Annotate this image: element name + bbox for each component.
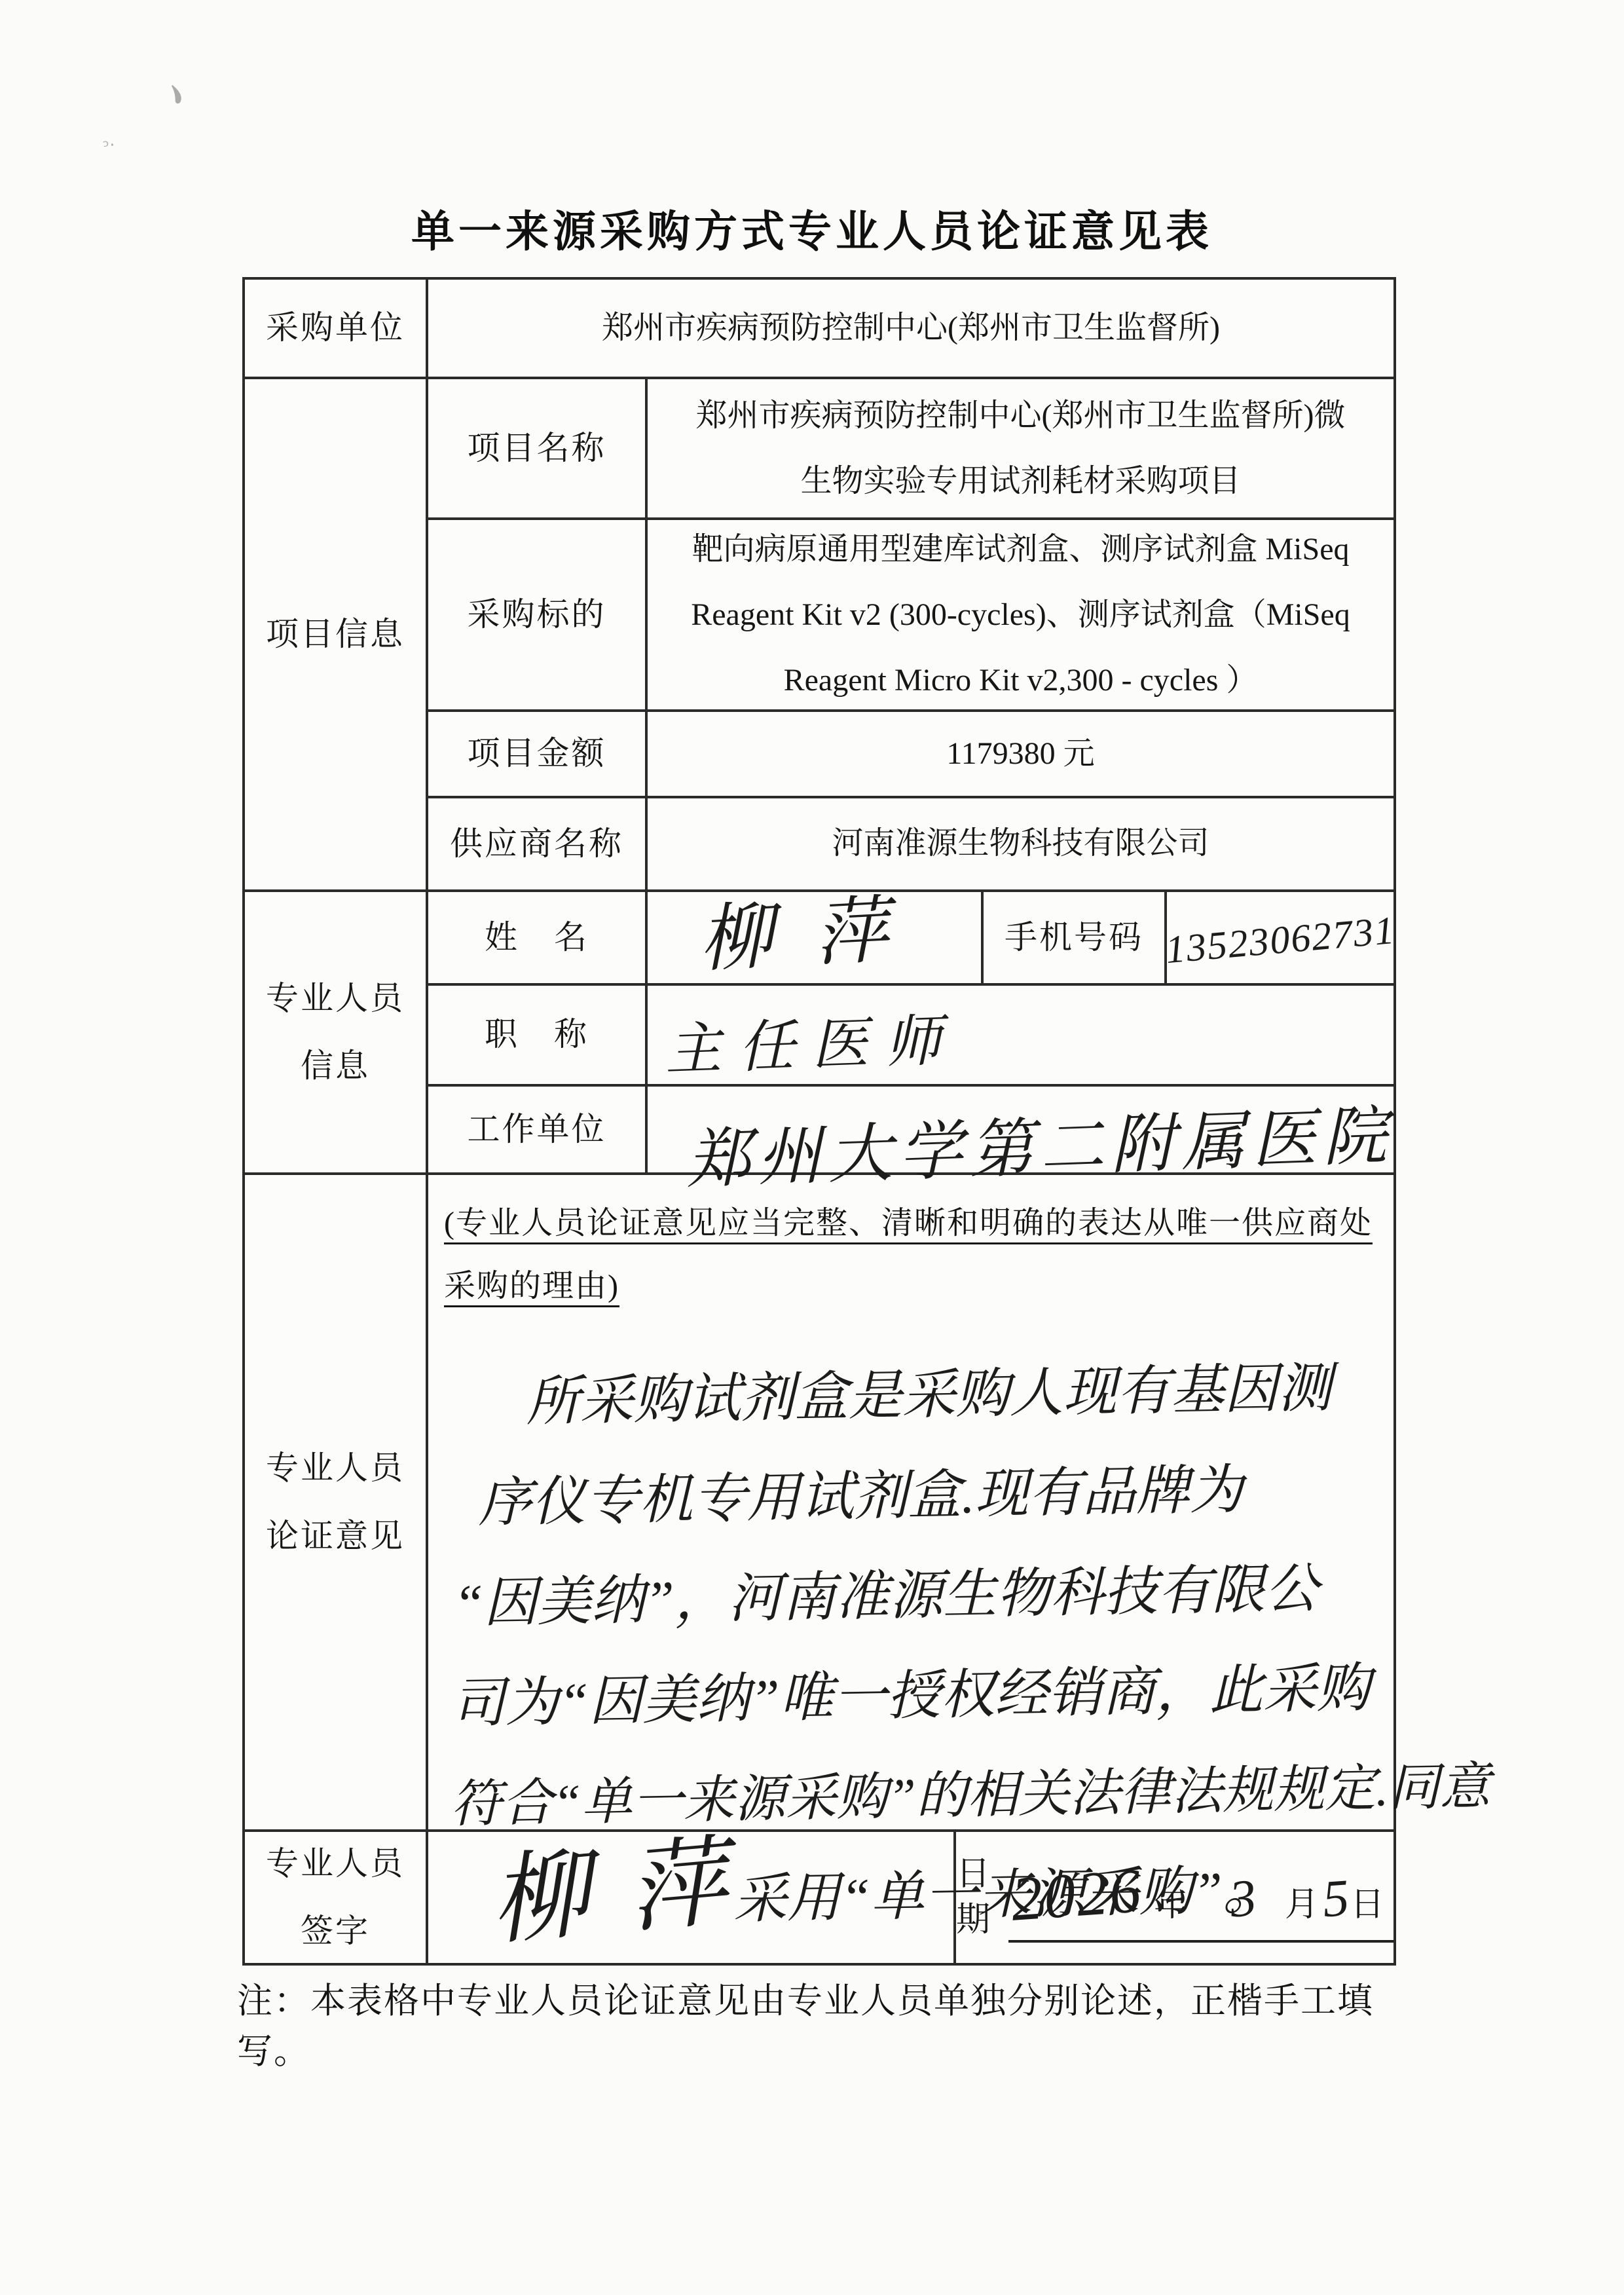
supplier-label: 供应商名称: [428, 798, 648, 892]
name-label: 姓 名: [428, 892, 648, 986]
opinion-label-line: 专业人员: [266, 1446, 405, 1491]
page-title: 单一来源采购方式专业人员论证意见表: [0, 196, 1624, 259]
name-handwritten-value: 柳萍: [648, 892, 984, 986]
opinion-handwriting-line: “因美纳”，河南准源生物科技有限公: [452, 1537, 1377, 1654]
personnel-info-label: 专业人员 信息: [245, 892, 428, 1175]
purchase-target-line: Reagent Micro Kit v2,300 - cycles ）: [784, 648, 1258, 713]
purchaser-label: 采购单位: [245, 280, 428, 379]
scanned-form-page: ﹅ ᵓ· 单一来源采购方式专业人员论证意见表 采购单位 郑州市疾病预防控制中心(…: [0, 0, 1624, 2295]
opinion-instruction-line: 采购的理由): [437, 1255, 1378, 1318]
purchase-target-line: Reagent Kit v2 (300-cycles)、测序试剂盒（MiSeq: [691, 582, 1350, 648]
opinion-handwriting-line: 序仪专机专用试剂盒.现有品牌为: [477, 1438, 1376, 1554]
project-name-line: 郑州市疾病预防控制中心(郑州市卫生监督所)微: [696, 383, 1346, 449]
scan-artifact: ᵓ·: [101, 135, 117, 157]
job-title-handwritten-value: 主任医师: [648, 986, 1396, 1087]
opinion-handwriting-line: 所采购试剂盒是采购人现有基因测: [525, 1337, 1374, 1453]
opinion-content: (专业人员论证意见应当完整、清晰和明确的表达从唯一供应商处 采购的理由) 所采购…: [428, 1175, 1396, 1832]
phone-handwriting: 13523062731: [1163, 904, 1397, 977]
personnel-info-label-line: 信息: [301, 1044, 370, 1089]
signature-handwriting: 柳萍: [485, 1813, 771, 1969]
signature-label-line: 签字: [301, 1909, 370, 1954]
opinion-instruction-line: (专业人员论证意见应当完整、清晰和明确的表达从唯一供应商处: [437, 1192, 1378, 1255]
job-title-label: 职 称: [428, 986, 648, 1087]
project-name-value: 郑州市疾病预防控制中心(郑州市卫生监督所)微 生物实验专用试剂耗材采购项目: [648, 379, 1396, 520]
signature-label: 专业人员 签字: [245, 1832, 428, 1966]
purchase-target-label: 采购标的: [428, 520, 648, 712]
purchaser-value: 郑州市疾病预防控制中心(郑州市卫生监督所): [428, 280, 1396, 379]
scan-artifact: ﹅: [160, 74, 193, 113]
signature-label-line: 专业人员: [266, 1842, 405, 1886]
personnel-info-label-line: 专业人员: [266, 977, 405, 1021]
phone-handwritten-value: 13523062731: [1167, 892, 1396, 986]
opinion-label-line: 论证意见: [266, 1514, 405, 1559]
supplier-value: 河南准源生物科技有限公司: [648, 798, 1396, 892]
opinion-handwriting-line: 司为“因美纳”唯一授权经销商，此采购: [451, 1637, 1379, 1754]
purchase-target-value: 靶向病原通用型建库试剂盒、测序试剂盒 MiSeq Reagent Kit v2 …: [648, 520, 1396, 712]
workplace-label: 工作单位: [428, 1087, 648, 1175]
date-year-handwriting: 2026: [1008, 1848, 1145, 1941]
phone-label: 手机号码: [984, 892, 1167, 986]
opinion-form-table: 采购单位 郑州市疾病预防控制中心(郑州市卫生监督所) 项目信息 项目名称 郑州市…: [242, 277, 1396, 1966]
job-title-handwriting: 主任医师: [664, 1002, 960, 1089]
project-name-line: 生物实验专用试剂耗材采购项目: [800, 449, 1240, 514]
project-name-label: 项目名称: [428, 379, 648, 520]
purchase-target-line: 靶向病原通用型建库试剂盒、测序试剂盒 MiSeq: [692, 517, 1349, 582]
name-handwriting: 柳萍: [697, 880, 932, 990]
date-day-handwriting: 5: [1320, 1863, 1351, 1935]
project-info-label: 项目信息: [245, 379, 428, 892]
amount-value: 1179380 元: [648, 712, 1396, 798]
amount-label: 项目金额: [428, 712, 648, 798]
footnote: 注：本表格中专业人员论证意见由专业人员单独分别论述，正楷手工填写。: [237, 1973, 1403, 2074]
opinion-label: 专业人员 论证意见: [245, 1175, 428, 1832]
workplace-handwritten-value: 郑州大学第二附属医院: [648, 1087, 1396, 1175]
